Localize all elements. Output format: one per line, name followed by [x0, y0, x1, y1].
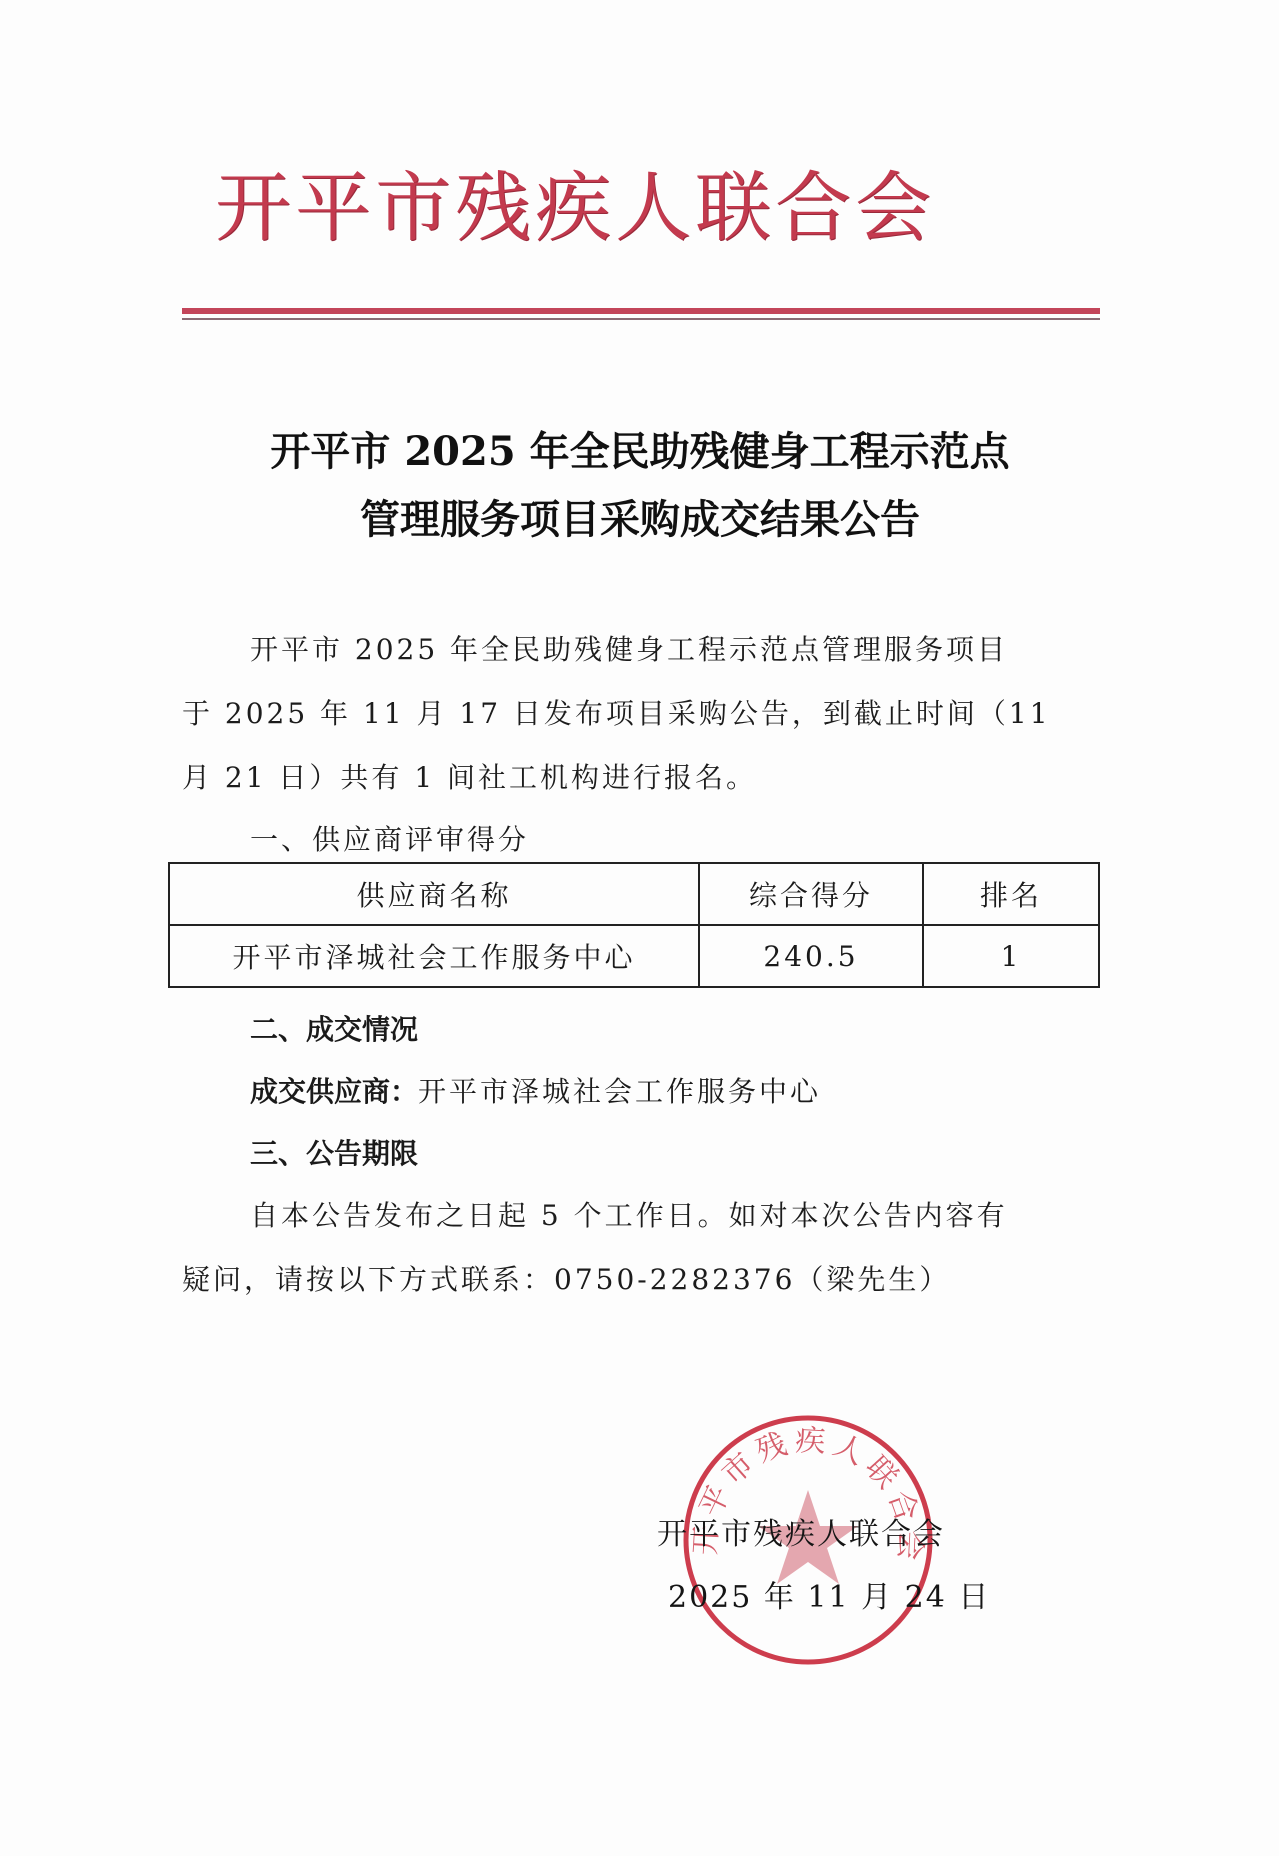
cell-total-score: 240.5 — [699, 925, 923, 987]
winning-supplier-line: 成交供应商：开平市泽城社会工作服务中心 — [250, 1074, 821, 1110]
table-header-row: 供应商名称 综合得分 排名 — [169, 863, 1099, 925]
column-header-rank: 排名 — [923, 863, 1099, 925]
notice-period-line-2: 疑问，请按以下方式联系：0750-2282376（梁先生） — [182, 1262, 1102, 1298]
winning-supplier-value: 开平市泽城社会工作服务中心 — [418, 1075, 821, 1108]
letterhead-thin-rule — [182, 318, 1100, 320]
cell-supplier-name: 开平市泽城社会工作服务中心 — [169, 925, 699, 987]
winning-supplier-label: 成交供应商： — [250, 1075, 418, 1108]
intro-line-3: 月 21 日）共有 1 间社工机构进行报名。 — [182, 760, 1102, 796]
signature-organization: 开平市残疾人联合会 — [657, 1515, 945, 1555]
section3-heading: 三、公告期限 — [250, 1136, 418, 1172]
letterhead-red-rule — [182, 308, 1100, 314]
column-header-total-score: 综合得分 — [699, 863, 923, 925]
section1-heading: 一、供应商评审得分 — [250, 822, 1170, 858]
supplier-score-table: 供应商名称 综合得分 排名 开平市泽城社会工作服务中心 240.5 1 — [168, 862, 1100, 988]
signature-date: 2025 年 11 月 24 日 — [668, 1578, 990, 1618]
intro-line-2: 于 2025 年 11 月 17 日发布项目采购公告，到截止时间（11 — [182, 696, 1102, 732]
cell-rank: 1 — [923, 925, 1099, 987]
document-title-line-1: 开平市 2025 年全民助残健身工程示范点 — [140, 420, 1140, 484]
table-row: 开平市泽城社会工作服务中心 240.5 1 — [169, 925, 1099, 987]
notice-period-line-1: 自本公告发布之日起 5 个工作日。如对本次公告内容有 — [250, 1198, 1170, 1234]
letterhead-organization: 开平市残疾人联合会 — [215, 158, 1045, 258]
column-header-supplier-name: 供应商名称 — [169, 863, 699, 925]
intro-line-1: 开平市 2025 年全民助残健身工程示范点管理服务项目 — [250, 632, 1170, 668]
document-title-line-2: 管理服务项目采购成交结果公告 — [140, 488, 1140, 552]
section2-heading: 二、成交情况 — [250, 1012, 418, 1048]
